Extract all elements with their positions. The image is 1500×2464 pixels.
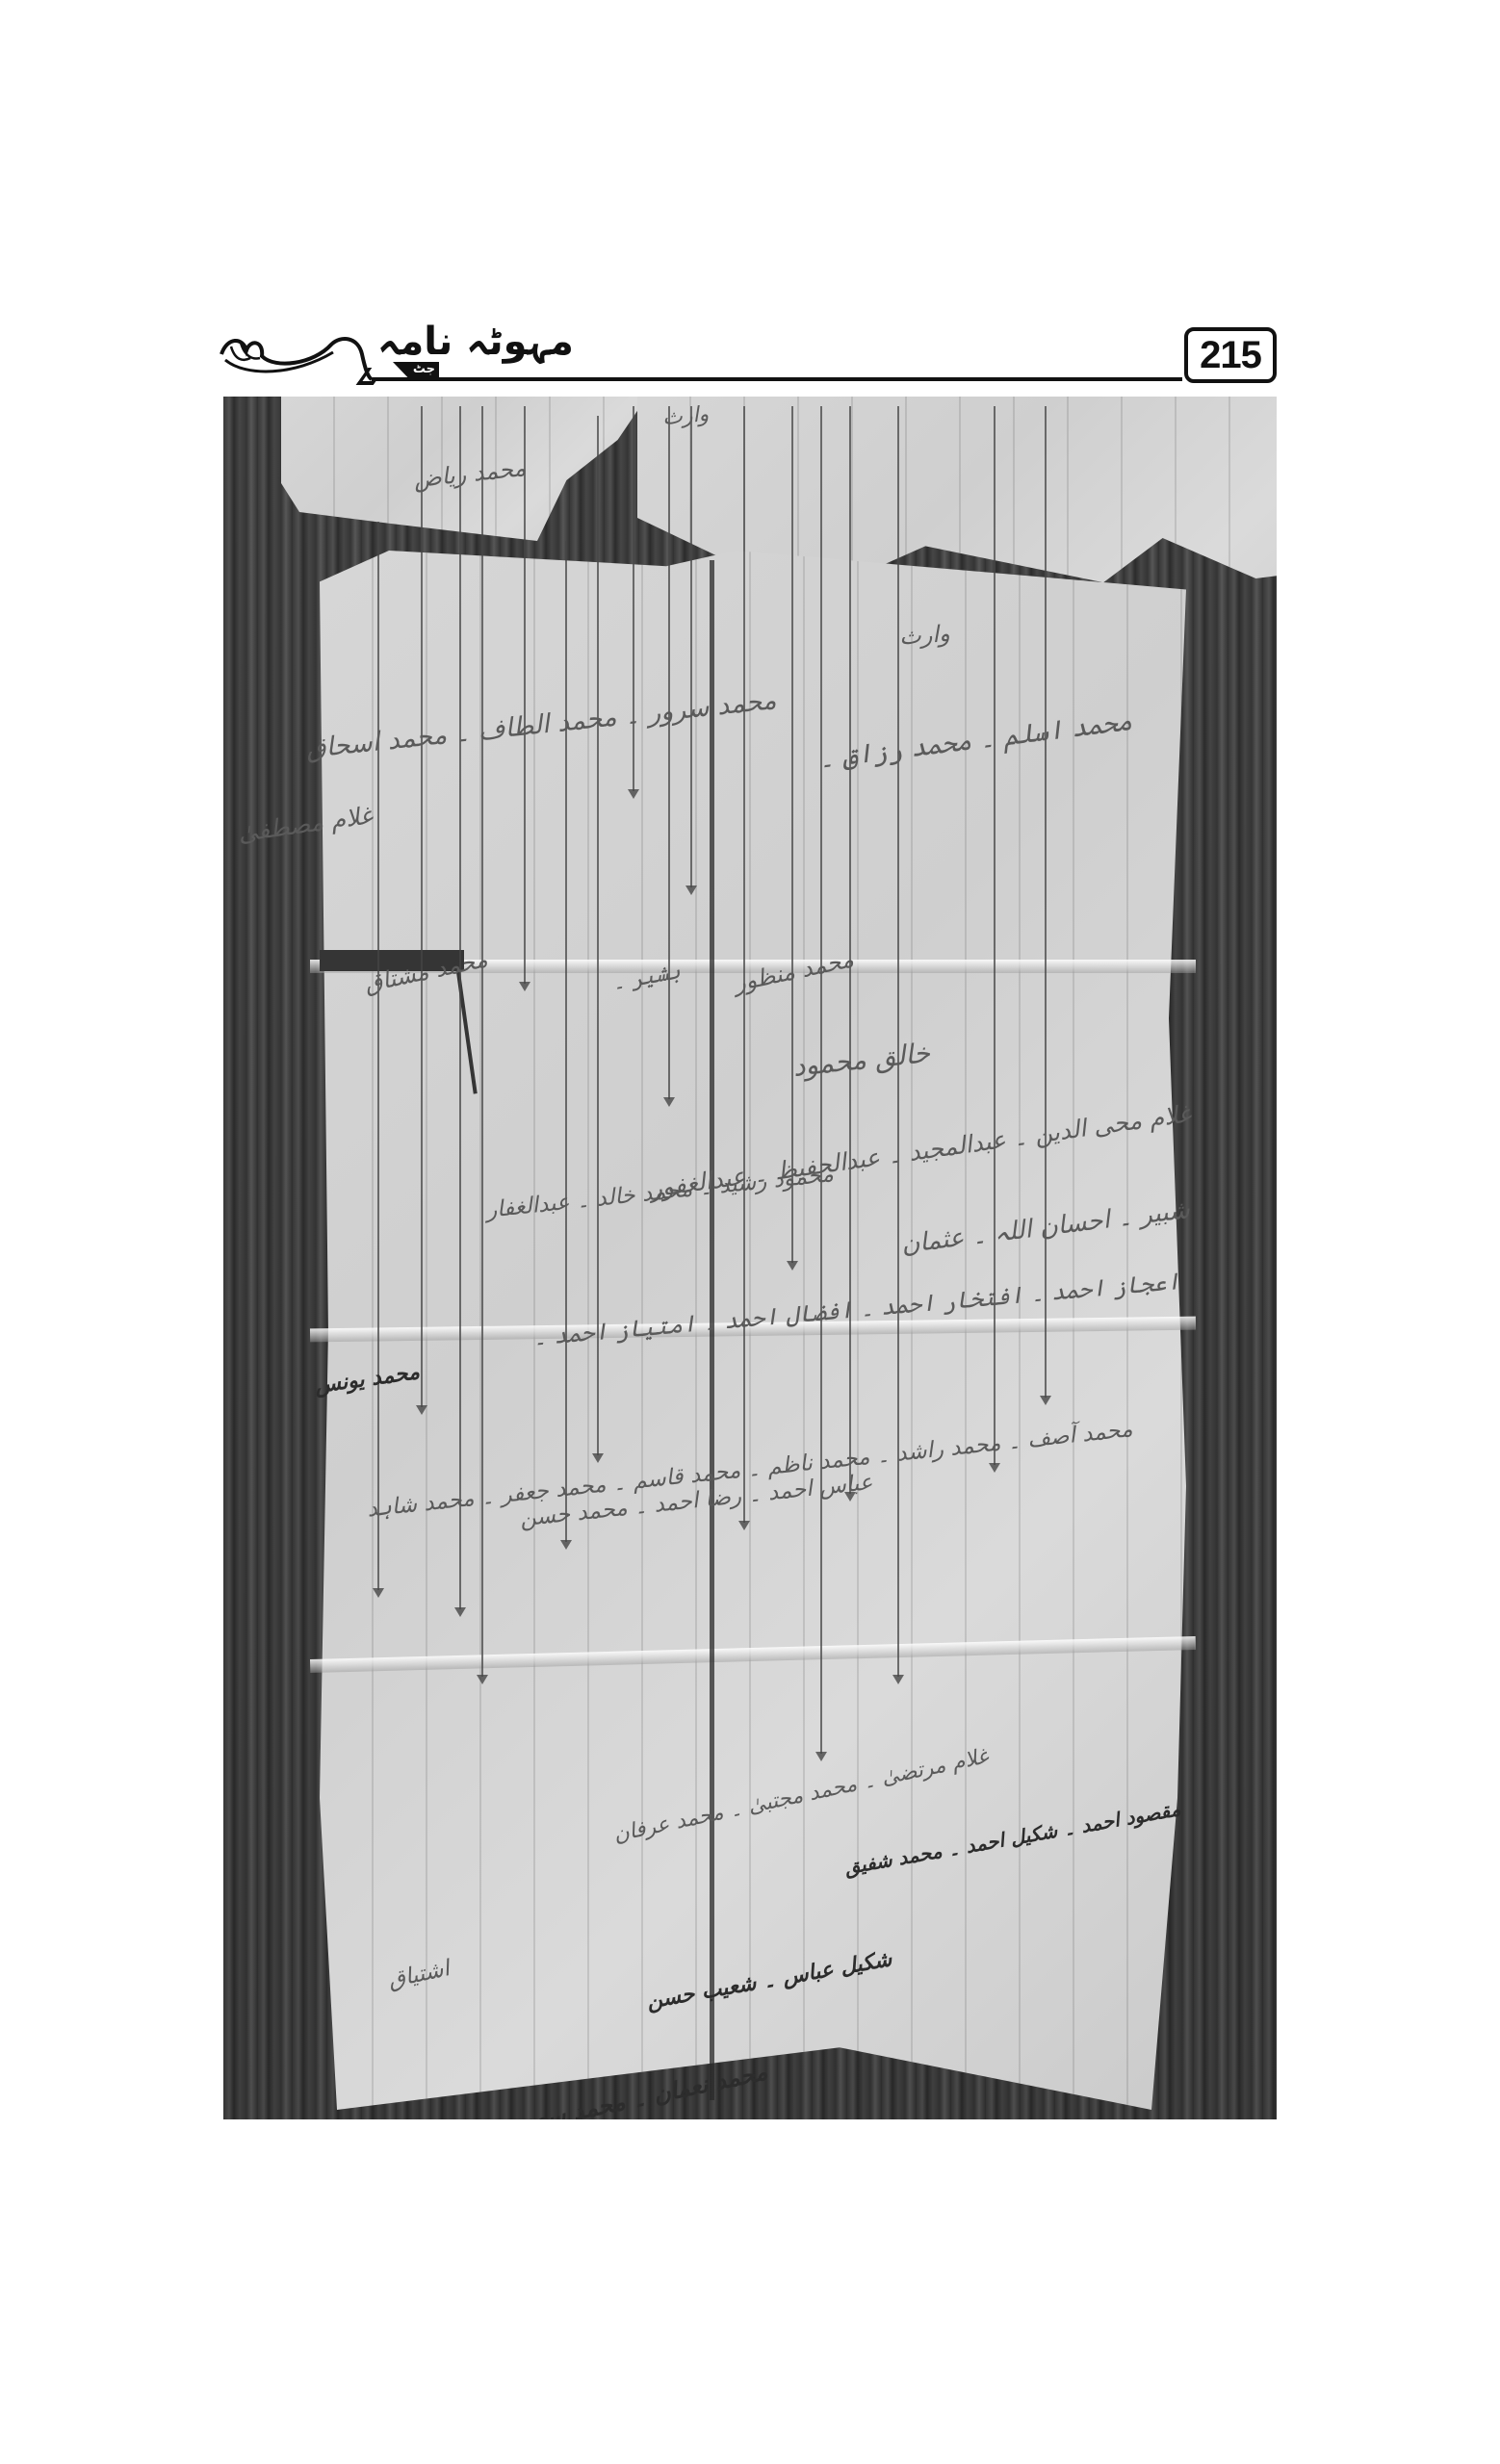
magazine-title: مہوٹہ نامہ: [377, 320, 574, 364]
lineage-arrow: [1045, 406, 1047, 1398]
floral-scroll-ornament-icon: [218, 331, 372, 381]
lineage-arrow: [633, 406, 634, 791]
lineage-arrow: [690, 406, 692, 887]
handwritten-name: وارث: [661, 402, 710, 430]
lineage-arrow: [668, 406, 670, 1099]
lineage-arrow: [459, 406, 461, 1609]
family-tree-photo: محمد ریاض وارث وارث محمد سرور ۔ محمد الط…: [223, 397, 1277, 2119]
lineage-arrow: [377, 522, 379, 1590]
lineage-arrow: [597, 416, 599, 1455]
lineage-arrow: [565, 541, 567, 1542]
lineage-arrow: [421, 406, 423, 1407]
page-number-box: 215: [1184, 327, 1277, 383]
page-number: 215: [1200, 334, 1261, 377]
title-tag-text: جٹ: [413, 362, 435, 376]
header-rule: [372, 377, 1182, 381]
lineage-arrow: [743, 406, 745, 1523]
handwritten-heading: وارث: [898, 620, 950, 651]
lineage-arrow: [524, 406, 526, 984]
running-header: مہوٹہ نامہ جٹ 215: [218, 323, 1277, 387]
lineage-arrow: [791, 406, 793, 1263]
